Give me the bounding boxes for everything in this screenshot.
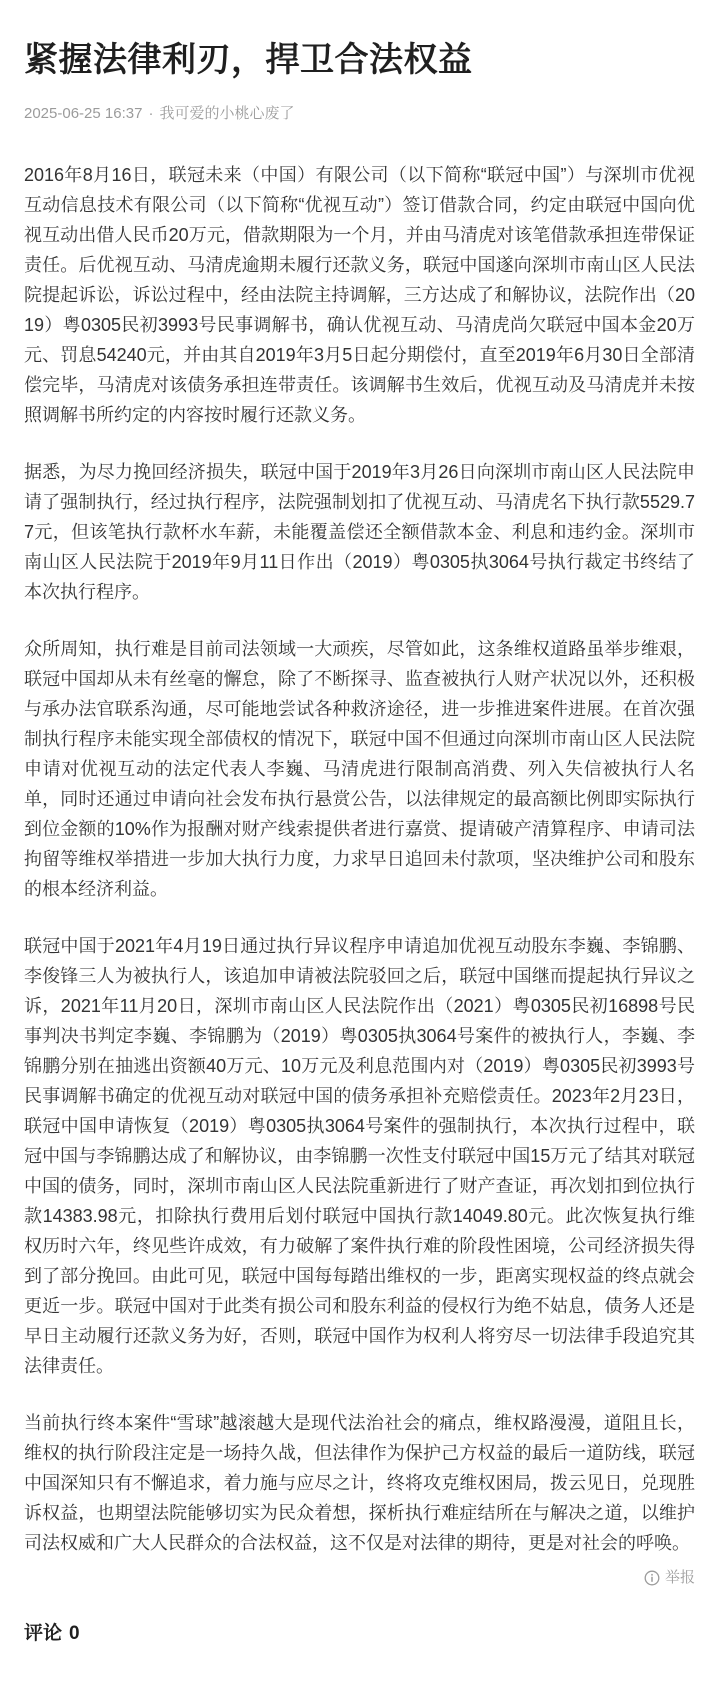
article-paragraph: 2016年8月16日，联冠未来（中国）有限公司（以下简称“联冠中国”）与深圳市优… bbox=[24, 160, 695, 430]
author-name[interactable]: 我可爱的小桃心废了 bbox=[159, 104, 294, 124]
page-title: 紧握法律利刃，捍卫合法权益 bbox=[24, 38, 695, 82]
article-paragraph: 据悉，为尽力挽回经济损失，联冠中国于2019年3月26日向深圳市南山区人民法院申… bbox=[24, 457, 695, 607]
article-paragraph: 当前执行终本案件“雪球”越滚越大是现代法治社会的痛点，维权路漫漫，道阻且长，维权… bbox=[24, 1408, 695, 1558]
publish-timestamp: 2025-06-25 16:37 bbox=[24, 104, 142, 124]
article-paragraph: 众所周知，执行难是目前司法领域一大顽疾，尽管如此，这条维权道路虽举步维艰，联冠中… bbox=[24, 634, 695, 904]
report-button-label: 举报 bbox=[665, 1568, 695, 1588]
info-circle-icon bbox=[644, 1570, 660, 1586]
article-body: 2016年8月16日，联冠未来（中国）有限公司（以下简称“联冠中国”）与深圳市优… bbox=[24, 160, 695, 1558]
report-button[interactable]: 举报 bbox=[24, 1568, 695, 1588]
comments-title: 评论 bbox=[24, 1618, 62, 1645]
comments-count: 0 bbox=[69, 1623, 80, 1645]
article-page: 紧握法律利刃，捍卫合法权益 2025-06-25 16:37 · 我可爱的小桃心… bbox=[0, 0, 719, 1685]
article-paragraph: 联冠中国于2021年4月19日通过执行异议程序申请追加优视互动股东李巍、李锦鹏、… bbox=[24, 931, 695, 1381]
article-meta: 2025-06-25 16:37 · 我可爱的小桃心废了 bbox=[24, 104, 695, 124]
meta-separator-dot: · bbox=[148, 104, 153, 124]
comments-section-header: 评论 0 bbox=[24, 1618, 695, 1645]
